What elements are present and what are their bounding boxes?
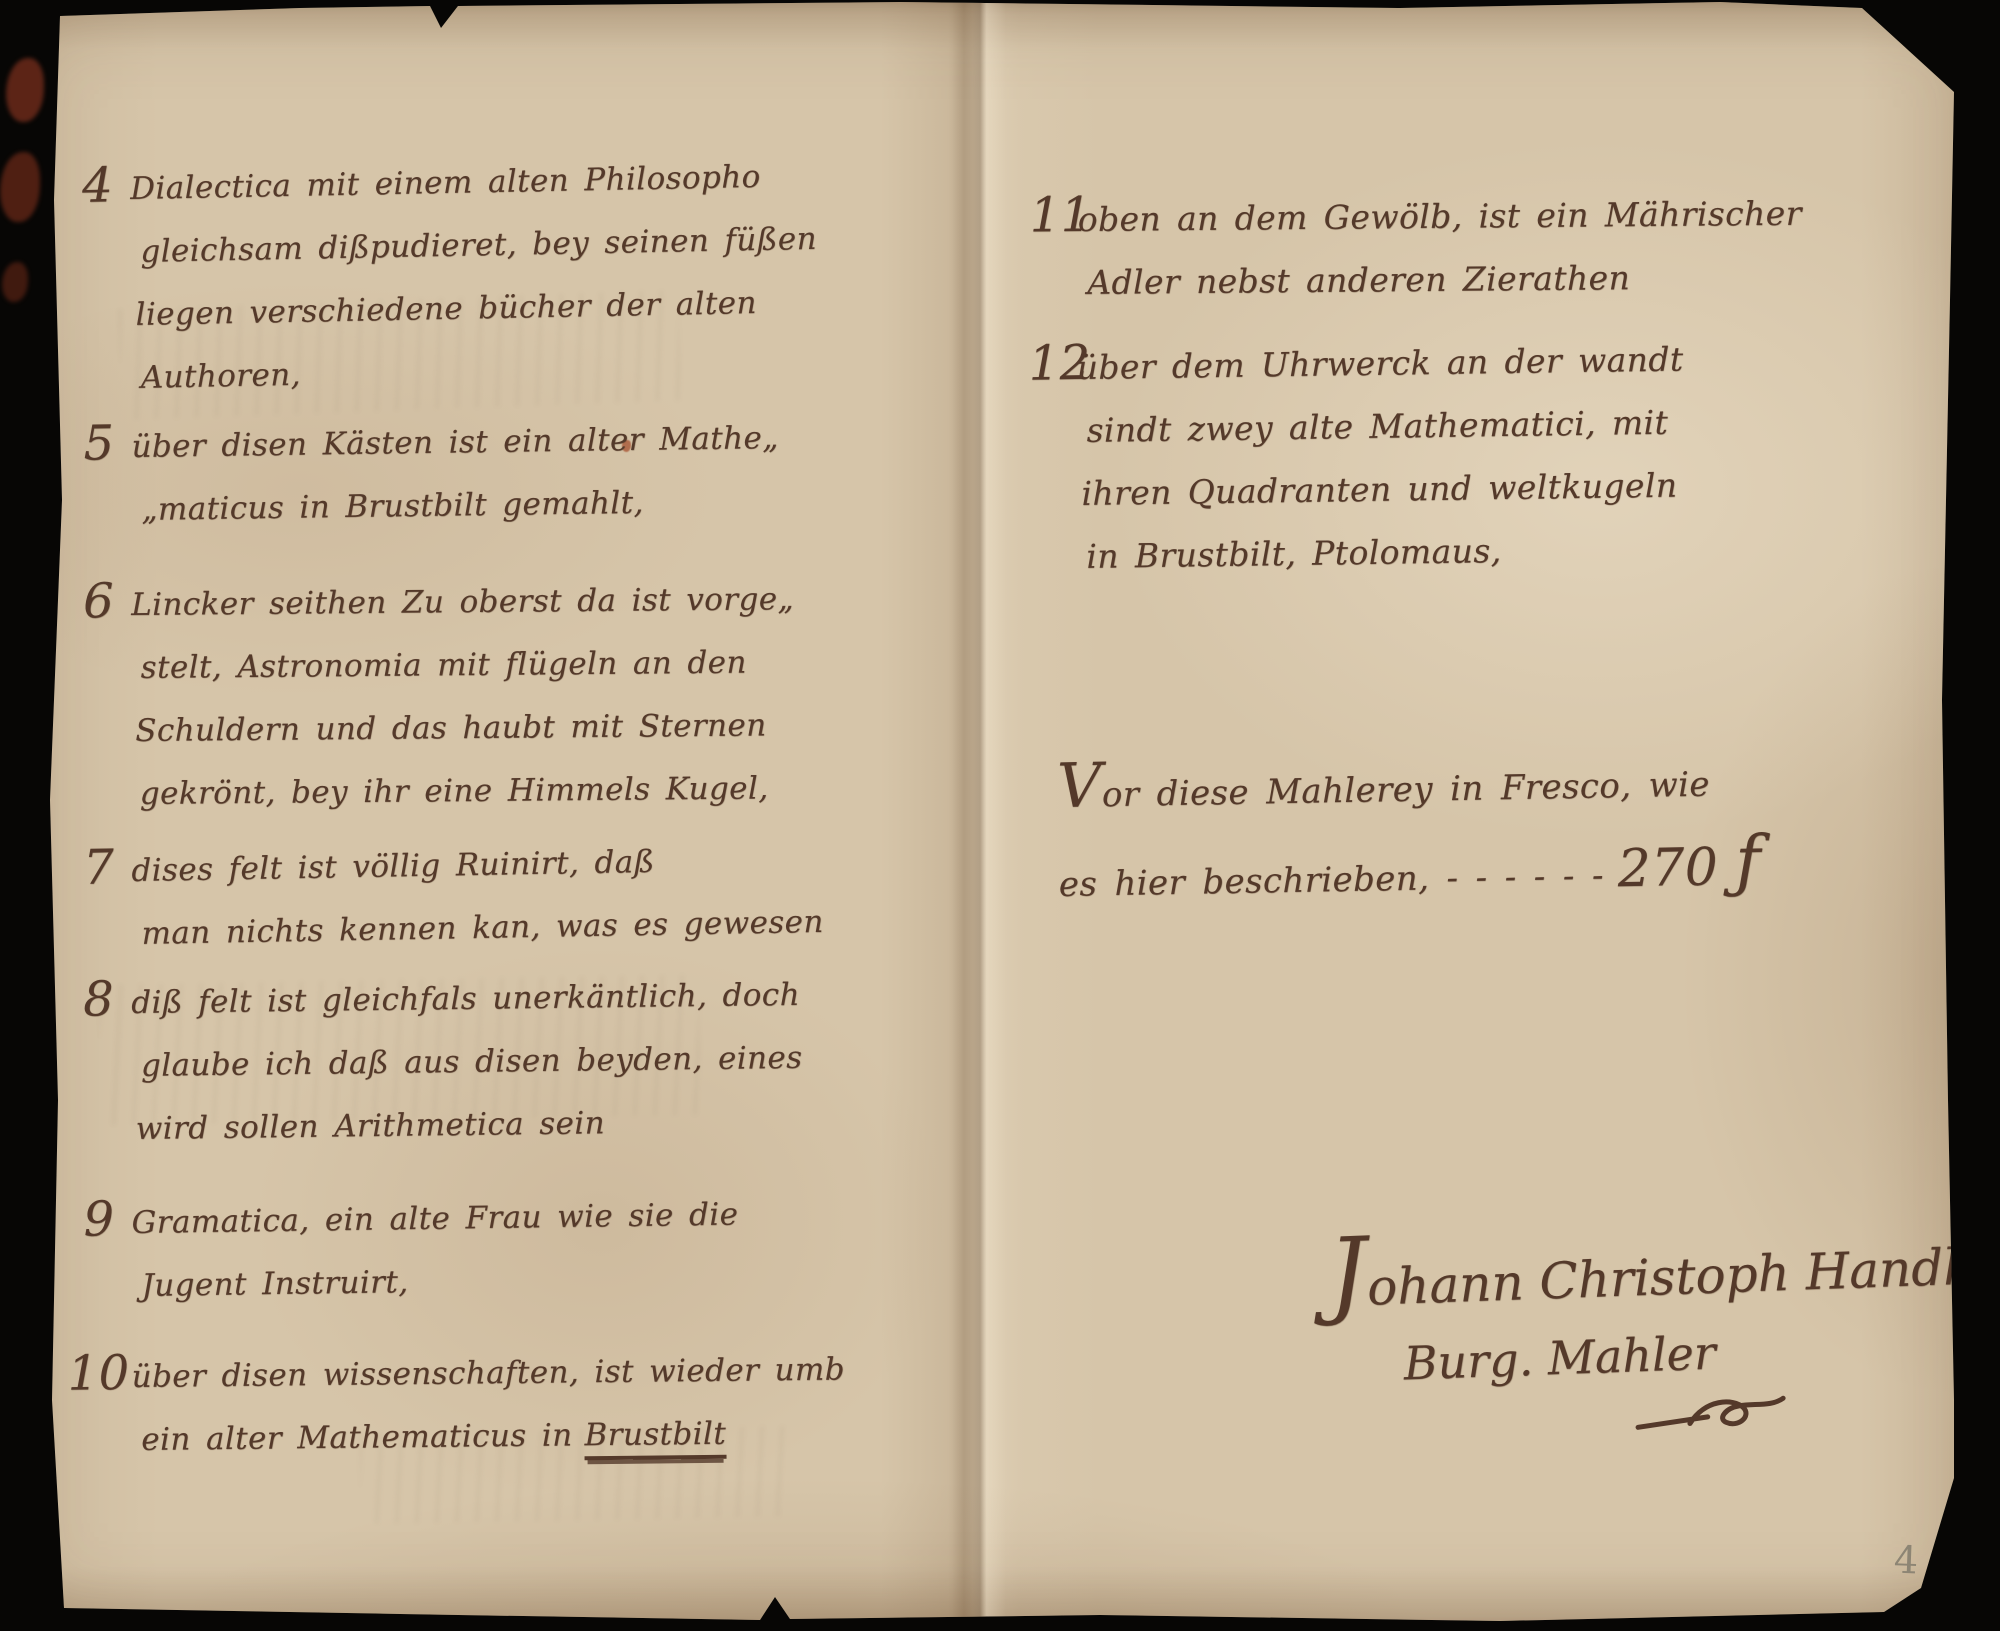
inventory-item-8: 8 diß felt ist gleichfals unerkäntlich, … — [131, 964, 804, 1161]
manuscript-line: „maticus in Brustbilt gemahlt, — [132, 470, 780, 542]
inventory-item-10: 10 über disen wissenschaften, ist wieder… — [131, 1339, 846, 1472]
inventory-item-7: 7 dises felt ist völlig Ruinirt, daß man… — [131, 828, 824, 966]
florin-sign: ƒ — [1735, 822, 1762, 901]
price-line: Vor diese Mahlerey in Fresco, wie — [1056, 736, 1760, 835]
torn-edge-fragment — [0, 152, 40, 222]
manuscript-line: diß felt ist gleichfals unerkäntlich, do… — [131, 964, 802, 1035]
torn-edge-fragment — [2, 262, 28, 302]
price-text: es hier beschrieben, - - - - - - — [1059, 855, 1605, 905]
manuscript-line: Lincker seithen Zu oberst da ist vorge„ — [131, 568, 794, 637]
manuscript-line: ein alter Mathematicus inBrustbilt — [132, 1402, 846, 1472]
manuscript-line: stelt, Astronomia mit flügeln an den — [131, 631, 794, 700]
manuscript-line: oben an dem Gewölb, ist ein Mährischer — [1077, 182, 1802, 251]
manuscript-line: man nichts kennen kan, was es gewesen — [132, 891, 824, 966]
item-number: 10 — [67, 1342, 130, 1406]
manuscript-line: in Brustbilt, Ptolomaus, — [1079, 517, 1687, 588]
inventory-item-4: 4 Dialectica mit einem alten Philosopho … — [130, 145, 820, 410]
left-page: 4 Dialectica mit einem alten Philosopho … — [132, 0, 872, 1631]
manuscript-line: sindt zwey alte Mathematici, mit — [1077, 391, 1685, 462]
inventory-item-11: 11 oben an dem Gewölb, ist ein Mährische… — [1077, 182, 1802, 314]
inventory-item-6: 6 Lincker seithen Zu oberst da ist vorge… — [131, 568, 796, 826]
manuscript-line: liegen verschiedene bücher der alten — [132, 271, 819, 347]
underlined-word: Brustbilt — [584, 1416, 726, 1460]
inventory-item-5: 5 über disen Kästen ist ein alter Mathe„… — [131, 407, 780, 542]
signature-flourish — [1633, 1387, 1815, 1445]
item-number: 9 — [83, 1188, 115, 1251]
manuscript-line: Gramatica, ein alte Frau wie sie die — [131, 1184, 739, 1255]
manuscript-scan: 4 Dialectica mit einem alten Philosopho … — [0, 0, 2000, 1631]
manuscript-line: Adler nebst anderen Zierathen — [1078, 245, 1803, 314]
inventory-item-12: 12 über dem Uhrwerck an der wandt sindt … — [1076, 328, 1686, 588]
price-line: es hier beschrieben, - - - - - -270 ƒ — [1058, 823, 1762, 924]
manuscript-line: wird sollen Arithmetica sein — [132, 1090, 803, 1161]
signature-block: Johann Christoph Handke Burg. Mahler — [1327, 1209, 2000, 1401]
folio-page-number: 4 — [1893, 1538, 1919, 1583]
inventory-item-9: 9 Gramatica, ein alte Frau wie sie die J… — [131, 1184, 740, 1318]
price-note: Vor diese Mahlerey in Fresco, wie es hie… — [1056, 736, 1761, 924]
item-number: 8 — [83, 968, 115, 1031]
manuscript-line: glaube ich daß aus disen beyden, eines — [132, 1027, 803, 1098]
manuscript-line: gekrönt, bey ihr eine Himmels Kugel, — [133, 757, 796, 826]
manuscript-paper: 4 Dialectica mit einem alten Philosopho … — [0, 0, 2000, 1631]
manuscript-line: ihren Quadranten und weltkugeln — [1078, 454, 1686, 525]
item-number: 7 — [83, 836, 115, 900]
center-fold-crease — [952, 0, 1006, 1631]
line-text: ein alter Mathematicus in — [141, 1417, 573, 1458]
item-number: 5 — [83, 412, 115, 475]
item-number: 4 — [82, 154, 114, 218]
torn-edge-fragment — [6, 58, 44, 122]
item-number: 11 — [1029, 184, 1091, 248]
manuscript-line: Jugent Instruirt, — [132, 1247, 740, 1318]
item-number: 6 — [83, 570, 115, 633]
manuscript-line: Authoren, — [133, 334, 820, 410]
manuscript-line: Schuldern und das haubt mit Sternen — [132, 694, 795, 763]
manuscript-line: über disen wissenschaften, ist wieder um… — [131, 1339, 845, 1409]
manuscript-line: über dem Uhrwerck an der wandt — [1076, 328, 1684, 399]
price-amount: 270 — [1617, 837, 1718, 899]
item-number: 12 — [1028, 332, 1091, 396]
manuscript-line: über disen Kästen ist ein alter Mathe„ — [131, 407, 779, 479]
